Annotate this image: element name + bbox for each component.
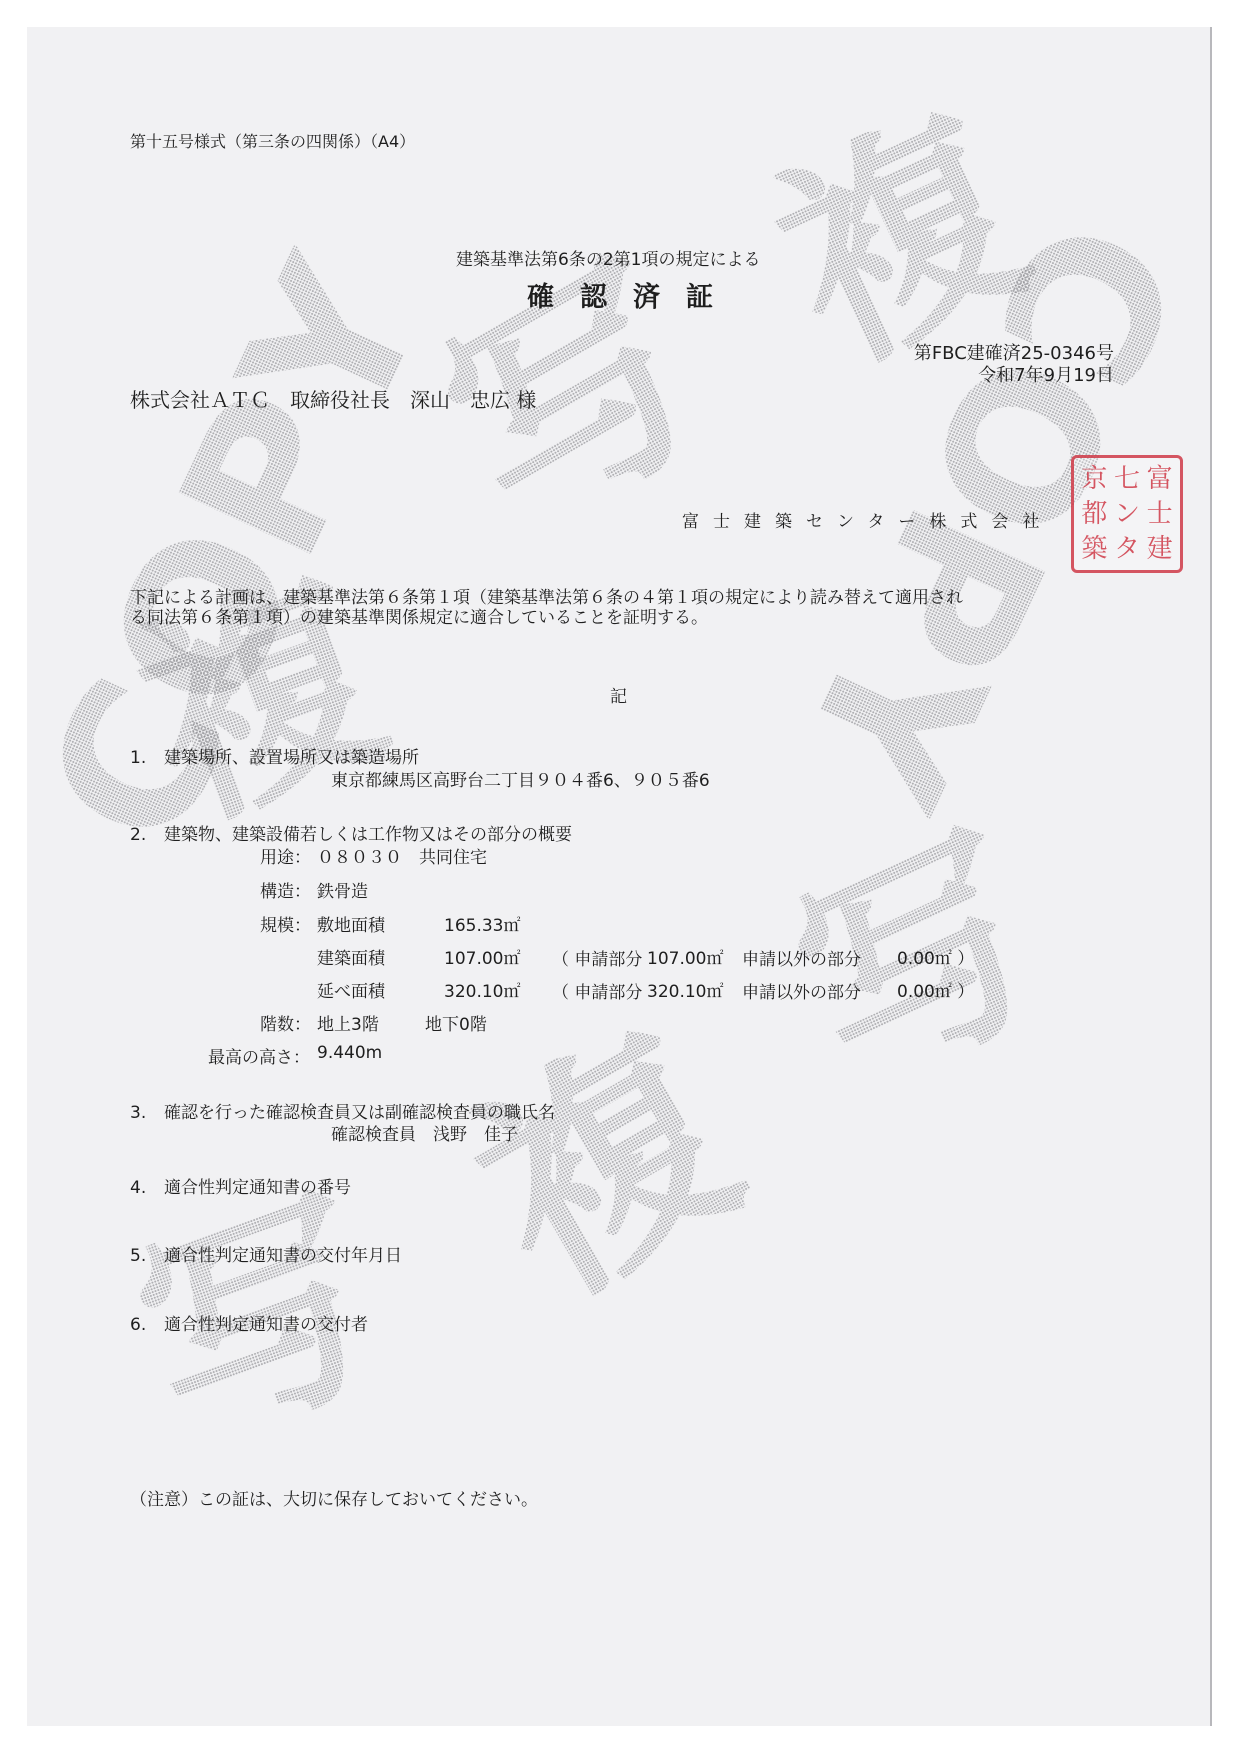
building-area-value: 107.00㎡ (444, 944, 520, 969)
item-number: 4. (130, 1178, 164, 1198)
inspector-name: 確認検査員 浅野 佳子 (331, 1120, 518, 1145)
max-height-value: 9.440m (317, 1043, 382, 1063)
ki-heading: 記 (610, 682, 627, 707)
document-title: 確認済証 (527, 275, 739, 314)
seal-char: 士 (1143, 497, 1176, 532)
structure-label: 構造： (260, 877, 311, 902)
seal-char: 京 (1078, 462, 1111, 497)
use-value: ０８０３０ 共同住宅 (317, 843, 487, 868)
scale-label: 規模： (260, 911, 311, 936)
item-label: 適合性判定通知書の交付者 (164, 1315, 368, 1335)
company-seal-stamp: 京 七 富 都 ン 士 築 タ 建 (1071, 455, 1183, 573)
issuer-name: 富士建築センター株式会社 (682, 507, 1053, 532)
use-label: 用途： (260, 843, 311, 868)
floors-above: 地上3階 (317, 1010, 379, 1035)
floor-area-applied-value: 320.10㎡ (647, 977, 723, 1002)
building-area-other-value: 0.00㎡ ） (897, 944, 974, 969)
seal-char: 七 (1111, 462, 1144, 497)
floor-area-other-label: 申請以外の部分 (742, 978, 861, 1003)
floor-area-label: 延べ面積 (317, 977, 385, 1002)
item-5-label: 5.適合性判定通知書の交付年月日 (130, 1241, 402, 1266)
item-1-label: 1.建築場所、設置場所又は築造場所 (130, 743, 419, 768)
floors-label: 階数： (260, 1010, 311, 1035)
item-label: 適合性判定通知書の番号 (164, 1178, 351, 1198)
building-area-applied-label: （ 申請部分 (552, 945, 642, 970)
item-label: 適合性判定通知書の交付年月日 (164, 1246, 402, 1266)
issue-date: 令和7年9月19日 (978, 361, 1114, 387)
statement-line-2: る同法第６条第１項）の建築基準関係規定に適合していることを証明する。 (130, 603, 708, 628)
item-6-label: 6.適合性判定通知書の交付者 (130, 1310, 368, 1335)
building-area-label: 建築面積 (317, 944, 385, 969)
seal-char: 都 (1078, 497, 1111, 532)
seal-char: ン (1111, 497, 1144, 532)
item-label: 建築場所、設置場所又は築造場所 (164, 748, 419, 768)
structure-value: 鉄骨造 (317, 877, 368, 902)
legal-basis-line: 建築基準法第6条の2第1項の規定による (456, 245, 760, 270)
building-location: 東京都練馬区高野台二丁目９０４番6、９０５番6 (331, 766, 710, 791)
watermark-char-5: 複 (443, 1003, 771, 1331)
caution-note: （注意）この証は、大切に保存しておいてください。 (130, 1485, 538, 1510)
item-label: 建築物、建築設備若しくは工作物又はその部分の概要 (164, 825, 572, 845)
item-number: 3. (130, 1103, 164, 1123)
item-number: 1. (130, 748, 164, 768)
seal-char: 築 (1078, 531, 1111, 566)
seal-char: タ (1111, 531, 1144, 566)
item-4-label: 4.適合性判定通知書の番号 (130, 1173, 351, 1198)
addressee: 株式会社ＡＴＣ 取締役社長 深山 忠広 様 (130, 384, 536, 413)
floor-area-other-value: 0.00㎡ ） (897, 977, 974, 1002)
seal-char: 建 (1143, 531, 1176, 566)
max-height-label: 最高の高さ： (208, 1043, 310, 1068)
item-number: 6. (130, 1315, 164, 1335)
certificate-page: COPY COPY 複 写 複 写 複 写 第十五号様式（第三条の四関係）（A4… (27, 27, 1212, 1726)
site-area-label: 敷地面積 (317, 911, 385, 936)
item-2-label: 2.建築物、建築設備若しくは工作物又はその部分の概要 (130, 820, 572, 845)
building-area-applied-value: 107.00㎡ (647, 944, 723, 969)
floors-below: 地下0階 (425, 1010, 487, 1035)
building-area-other-label: 申請以外の部分 (742, 945, 861, 970)
site-area-value: 165.33㎡ (444, 911, 520, 936)
form-label: 第十五号様式（第三条の四関係）（A4） (130, 129, 415, 152)
item-number: 5. (130, 1246, 164, 1266)
floor-area-value: 320.10㎡ (444, 977, 520, 1002)
seal-char: 富 (1143, 462, 1176, 497)
floor-area-applied-label: （ 申請部分 (552, 978, 642, 1003)
item-number: 2. (130, 825, 164, 845)
